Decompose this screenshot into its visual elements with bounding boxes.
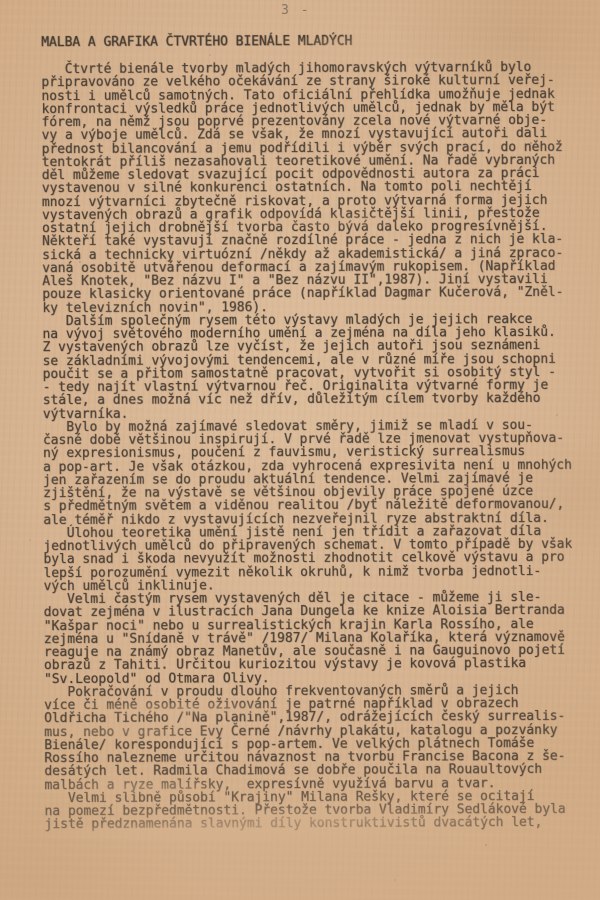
paragraph-3: Bylo by možná zajímavé sledovat směry, j… [43, 418, 588, 526]
paragraph-6: Pokračování v proudu dlouho frekventovan… [44, 683, 589, 791]
paragraph-2: Dalším společným rysem této výstavy mlad… [42, 312, 587, 420]
document-title: MALBA A GRAFIKA ČTVRTÉHO BIENÁLE MLADÝCH [41, 34, 352, 50]
paragraph-5: Velmi častým rysem vystavených děl je ci… [44, 591, 589, 686]
page-number: 3 - [281, 3, 311, 18]
paragraph-1: Čtvrté bienále tvorby mladých jihomoravs… [41, 61, 587, 315]
paragraph-4: Úlohou teoretika umění jistě není jen tř… [43, 524, 588, 593]
paragraph-7: Velmi slibně působí "Krajiny" Milana Reš… [44, 789, 589, 831]
page-content: 3 - MALBA A GRAFIKA ČTVRTÉHO BIENÁLE MLA… [0, 0, 600, 900]
document-body: Čtvrté bienále tvorby mladých jihomoravs… [41, 61, 589, 832]
scanned-typewritten-page: 3 - MALBA A GRAFIKA ČTVRTÉHO BIENÁLE MLA… [0, 0, 600, 900]
